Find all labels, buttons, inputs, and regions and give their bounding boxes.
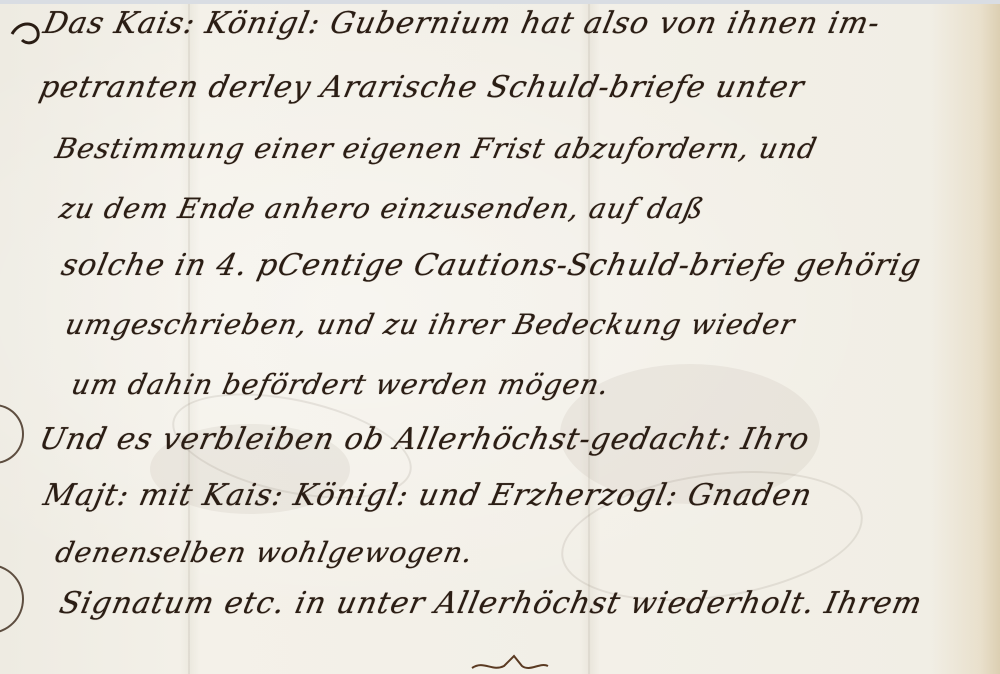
text-line-5: solche in 4. pCentige Cautions-Schuld-br… xyxy=(58,248,924,283)
text-line-7: um dahin befördert werden mögen. xyxy=(68,368,612,401)
paper-sheet: Das Kais: Königl: Gubernium hat also von… xyxy=(0,4,1000,674)
text-line-8: Und es verbleiben ob Allerhöchst-gedacht… xyxy=(36,422,813,457)
text-line-1: Das Kais: Königl: Gubernium hat also von… xyxy=(40,6,883,41)
text-line-10: denenselben wohlgewogen. xyxy=(52,536,476,569)
text-line-2: petranten derley Ararische Schuld-briefe… xyxy=(36,70,807,105)
text-line-9: Majt: mit Kais: Königl: und Erzherzogl: … xyxy=(40,478,815,513)
text-line-6: umgeschrieben, und zu ihrer Bedeckung wi… xyxy=(62,308,798,341)
document-body: Das Kais: Königl: Gubernium hat also von… xyxy=(0,4,1000,674)
text-line-3: Bestimmung einer eigenen Frist abzuforde… xyxy=(52,132,820,165)
signature-flourish-icon xyxy=(470,652,550,672)
text-line-4: zu dem Ende anhero einzusenden, auf daß xyxy=(56,192,707,225)
text-line-11: Signatum etc. in unter Allerhöchst wiede… xyxy=(56,586,925,621)
